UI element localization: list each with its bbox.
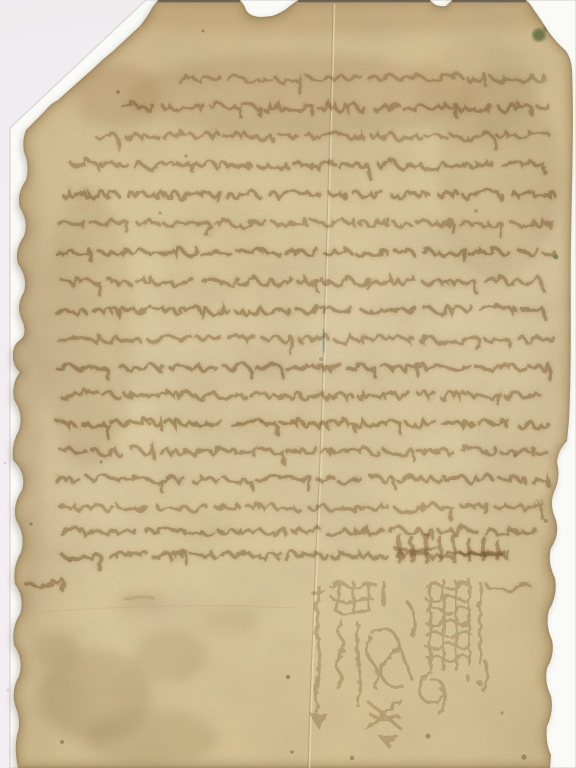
manuscript-scan-svg <box>0 0 576 768</box>
parchment-surface <box>0 0 576 768</box>
scanned-document: Flatbed scan of a torn, heavily aged man… <box>0 0 576 768</box>
